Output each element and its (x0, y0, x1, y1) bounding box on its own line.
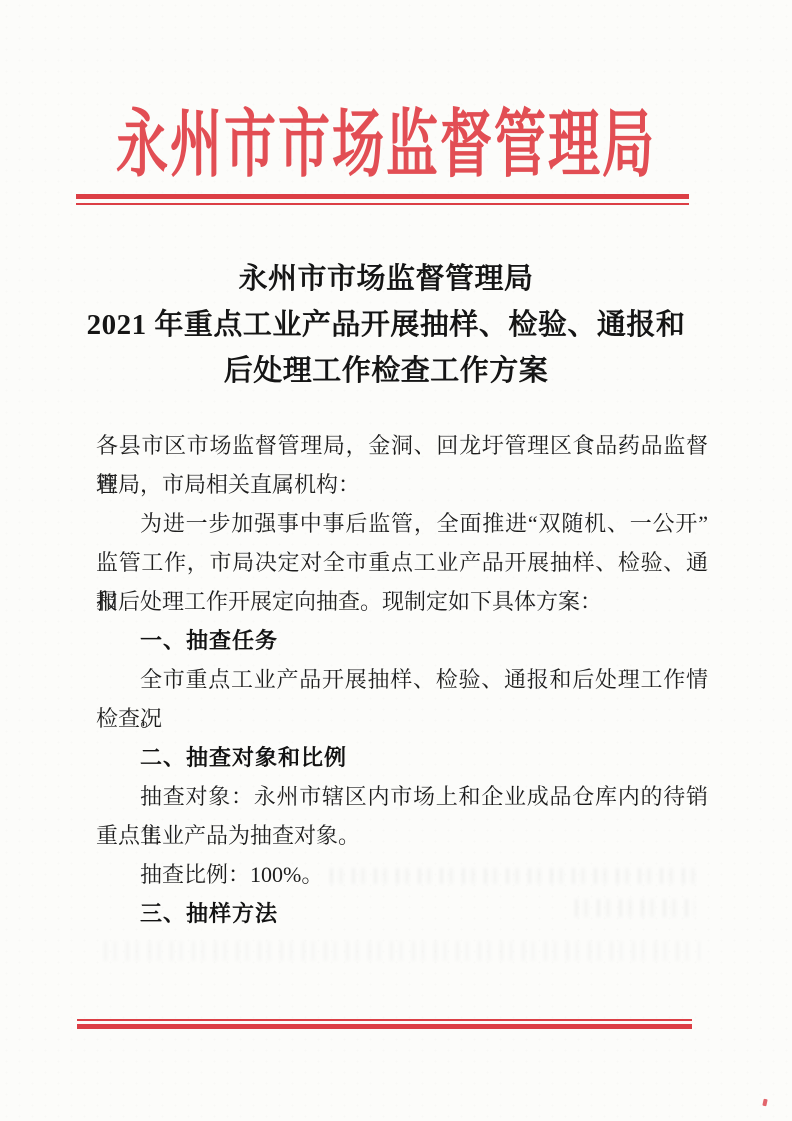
letterhead-rule-thin (76, 203, 689, 206)
body-line: 各县市区市场监督管理局，金洞、回龙圩管理区食品药品监督管 (96, 426, 708, 465)
letterhead-rule-thick (76, 194, 689, 199)
document-title: 永州市市场监督管理局 2021 年重点工业产品开展抽样、检验、通报和 后处理工作… (76, 256, 696, 394)
body-line: 和后处理工作开展定向抽查。现制定如下具体方案： (96, 582, 708, 621)
scan-ink-speck (762, 1099, 767, 1107)
body-line: 监管工作，市局决定对全市重点工业产品开展抽样、检验、通报 (96, 543, 708, 582)
scan-bleedthrough-artifact (330, 868, 698, 884)
scan-bleedthrough-artifact (104, 941, 700, 961)
body-line: 抽查对象：永州市辖区内市场上和企业成品仓库内的待销售 (96, 777, 708, 816)
document-title-line-2: 2021 年重点工业产品开展抽样、检验、通报和 (76, 302, 696, 348)
section-heading-2: 二、抽查对象和比例 (96, 738, 708, 777)
body-line: 检查。 (96, 699, 708, 738)
letterhead-agency-name: 永州市市场监督管理局 (76, 110, 696, 184)
body-line: 全市重点工业产品开展抽样、检验、通报和后处理工作情况 (96, 660, 708, 699)
scanned-document-page: 永州市市场监督管理局 永州市市场监督管理局 2021 年重点工业产品开展抽样、检… (0, 0, 792, 1121)
body-line: 理局，市局相关直属机构： (96, 465, 708, 504)
document-title-line-3: 后处理工作检查工作方案 (76, 348, 696, 394)
section-heading-1: 一、抽查任务 (96, 621, 708, 660)
scan-bleedthrough-artifact (575, 899, 695, 917)
footer-rule-thick (77, 1024, 692, 1029)
body-line: 为进一步加强事中事后监管，全面推进“双随机、一公开” (96, 504, 708, 543)
body-line: 重点工业产品为抽查对象。 (96, 816, 708, 855)
document-body: 各县市区市场监督管理局，金洞、回龙圩管理区食品药品监督管 理局，市局相关直属机构… (96, 426, 708, 933)
document-title-line-1: 永州市市场监督管理局 (76, 256, 696, 302)
footer-rule-thin (77, 1019, 692, 1022)
